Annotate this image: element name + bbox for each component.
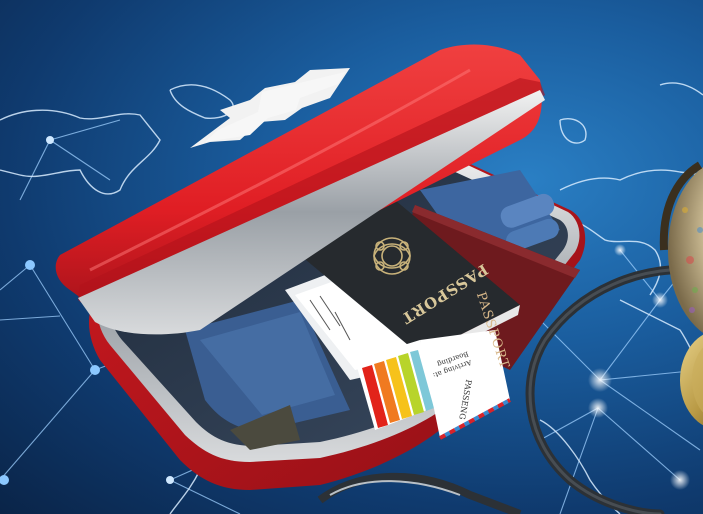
first-aid-kit bbox=[0, 0, 703, 514]
travel-health-scene: PASSPORT PASSPORT Arriving at: Boarding … bbox=[0, 0, 703, 514]
